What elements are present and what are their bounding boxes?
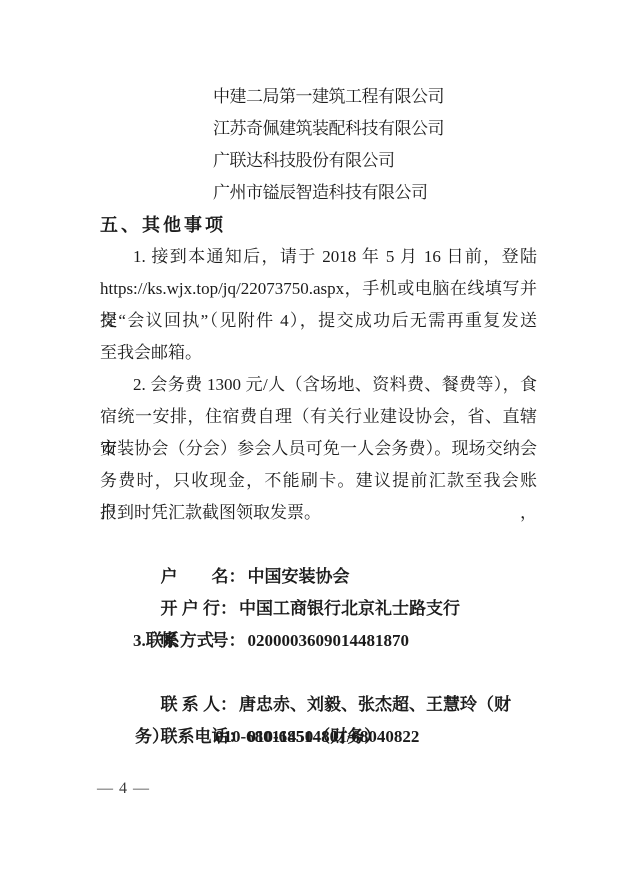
- bank-account-name-label: 户 名：: [161, 567, 246, 586]
- para2-line-4: 务费时，只收现金，不能刷卡。建议提前汇款至我会账户，: [100, 465, 537, 497]
- document-page: 中建二局第一建筑工程有限公司 江苏奇佩建筑装配科技有限公司 广联达科技股份有限公…: [0, 0, 620, 870]
- page-number: — 4 —: [97, 779, 150, 799]
- para2-line-3: 安装协会（分会）参会人员可免一人会务费）。现场交纳会: [100, 433, 537, 465]
- para2-line-2: 宿统一安排，住宿费自理（有关行业建设协会，省、直辖市: [100, 401, 537, 433]
- bank-account-number-value: 0200003609014481870: [246, 631, 410, 650]
- para1-line-4: 至我会邮箱。: [100, 337, 537, 369]
- company-name-4: 广州市镒辰智造科技有限公司: [100, 177, 537, 209]
- company-name-1: 中建二局第一建筑工程有限公司: [100, 81, 537, 113]
- section-heading: 五、其他事项: [100, 209, 537, 241]
- bank-account-name-row: 户 名：中国安装协会: [100, 529, 537, 561]
- para1-line-3: 交“会议回执”（见附件 4），提交成功后无需再重复发送: [100, 305, 537, 337]
- company-name-3: 广联达科技股份有限公司: [100, 145, 537, 177]
- contact-persons-row: 联 系 人：唐忠赤、刘毅、张杰超、王慧玲（财务）: [100, 657, 537, 689]
- contact-persons-label: 联 系 人：: [161, 695, 238, 714]
- company-name-2: 江苏奇佩建筑装配科技有限公司: [100, 113, 537, 145]
- bank-branch-value: 中国工商银行北京礼士路支行: [237, 599, 460, 618]
- document-body: 中建二局第一建筑工程有限公司 江苏奇佩建筑装配科技有限公司 广联达科技股份有限公…: [0, 0, 620, 753]
- para1-line-2-registration-url: https://ks.wjx.top/jq/22073750.aspx，手机或电…: [100, 273, 537, 305]
- para2-line-1: 2. 会务费 1300 元/人（含场地、资料费、餐费等），食: [100, 369, 537, 401]
- bank-account-name-value: 中国安装协会: [246, 567, 350, 586]
- bank-branch-label: 开 户 行：: [161, 599, 238, 618]
- para1-line-1: 1. 接到本通知后，请于 2018 年 5 月 16 日前，登陆: [100, 241, 537, 273]
